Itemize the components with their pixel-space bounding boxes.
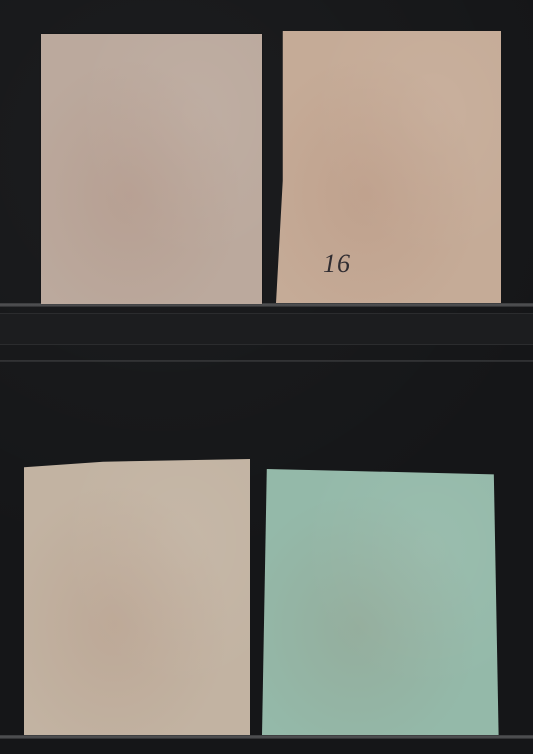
stock-strip-edge-bottom — [0, 735, 533, 739]
stamp-bottom-left — [24, 459, 250, 735]
stock-page: 16 — [0, 0, 533, 754]
stamp-top-left — [41, 34, 262, 304]
stamp-top-right: 16 — [276, 31, 501, 303]
stock-strip-edge-mid — [0, 360, 533, 362]
stamp-bottom-right — [262, 469, 501, 735]
pencil-inscription: 16 — [323, 249, 351, 279]
stock-strip-band — [0, 313, 533, 345]
